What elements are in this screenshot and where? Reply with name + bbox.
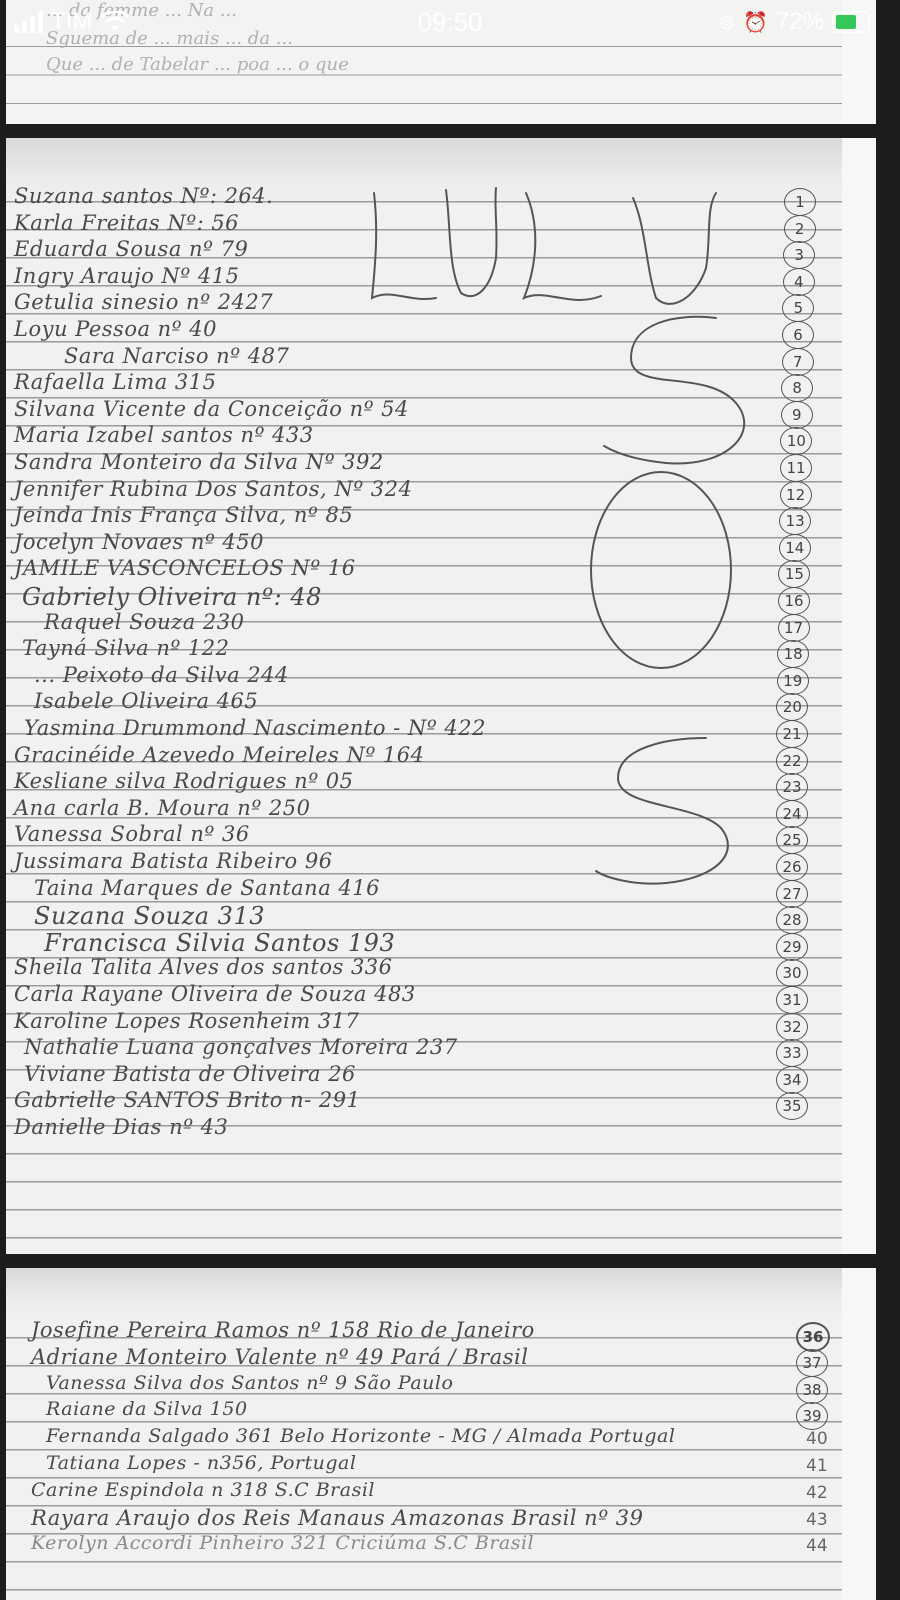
list-item: Suzana santos Nº: 264. (14, 184, 273, 208)
list-item: Jeinda Inis França Silva, nº 85 (14, 503, 353, 527)
entry-number-badge: 27 (776, 880, 808, 908)
entry-number-badge: 32 (776, 1013, 808, 1041)
list-item: Kesliane silva Rodrigues nº 05 (14, 769, 353, 793)
entry-number-badge: 24 (776, 800, 808, 828)
entry-number-badge: 14 (779, 534, 811, 562)
list-item: Viviane Batista de Oliveira 26 (24, 1062, 356, 1086)
entry-number-badge: 17 (778, 614, 810, 642)
status-bar: TIM 09:50 ⊚ ⏰ 72% (0, 0, 900, 44)
photo-2[interactable]: Suzana santos Nº: 264.1Karla Freitas Nº:… (6, 138, 876, 1254)
list-item: Getulia sinesio nº 2427 (14, 290, 273, 314)
status-right: ⊚ ⏰ 72% (718, 8, 870, 36)
list-item: Francisca Silvia Santos 193 (44, 929, 395, 957)
entry-number-badge: 1 (784, 188, 816, 216)
paper-edge (842, 138, 876, 1254)
list-item: Jussimara Batista Ribeiro 96 (14, 849, 333, 873)
entry-number-badge: 12 (780, 481, 812, 509)
entry-number-badge: 41 (806, 1456, 828, 1476)
list-item: Yasmina Drummond Nascimento - Nº 422 (24, 716, 486, 740)
entry-number-badge: 22 (776, 747, 808, 775)
list-item: Nathalie Luana gonçalves Moreira 237 (24, 1035, 458, 1059)
list-item: Taina Marques de Santana 416 (34, 876, 380, 900)
entry-number-badge: 34 (776, 1066, 808, 1094)
entry-number-badge: 28 (776, 906, 808, 934)
entry-number-badge: 2 (784, 215, 816, 243)
battery-charging-icon (832, 11, 870, 33)
paper-fold (6, 1268, 876, 1318)
photo-3[interactable]: Josefine Pereira Ramos nº 158 Rio de Jan… (6, 1268, 876, 1600)
list-item: Ingry Araujo Nº 415 (14, 264, 239, 288)
list-item: Carla Rayane Oliveira de Souza 483 (14, 982, 416, 1006)
list-item: Isabele Oliveira 465 (34, 689, 258, 713)
list-item: Karla Freitas Nº: 56 (14, 211, 239, 235)
faint-line: Que ... de Tabelar ... poa ... o que (46, 54, 349, 75)
list-item: Rayara Araujo dos Reis Manaus Amazonas B… (31, 1506, 643, 1530)
entry-number-badge: 9 (781, 401, 813, 429)
alarm-icon: ⏰ (743, 10, 768, 35)
list-item: Jocelyn Novaes nº 450 (14, 530, 264, 554)
entry-number-badge: 16 (778, 587, 810, 615)
list-item: Gabrielle SANTOS Brito n- 291 (14, 1088, 361, 1112)
list-item: Sheila Talita Alves dos santos 336 (14, 955, 393, 979)
list-item: Kerolyn Accordi Pinheiro 321 Criciúma S.… (31, 1532, 534, 1554)
entry-number-badge: 42 (806, 1483, 828, 1503)
list-item: Suzana Souza 313 (34, 902, 265, 930)
list-item: Carine Espindola n 318 S.C Brasil (31, 1479, 375, 1501)
list-item: Gabriely Oliveira nº: 48 (22, 583, 322, 611)
entry-number-badge: 37 (796, 1349, 828, 1377)
list-item: Danielle Dias nº 43 (14, 1115, 228, 1139)
entry-number-badge: 26 (776, 853, 808, 881)
battery-percent: 72% (776, 8, 824, 36)
entry-number-badge: 11 (780, 454, 812, 482)
entry-number-badge: 4 (783, 268, 815, 296)
entry-number-badge: 23 (776, 773, 808, 801)
list-item: Karoline Lopes Rosenheim 317 (14, 1009, 359, 1033)
list-item: Eduarda Sousa nº 79 (14, 237, 248, 261)
entry-number-badge: 36 (796, 1322, 830, 1352)
list-item: Raquel Souza 230 (44, 610, 245, 634)
battery-fill (836, 15, 856, 29)
paper-edge (842, 1268, 876, 1600)
entry-number-badge: 29 (776, 933, 808, 961)
entry-number-badge: 33 (776, 1039, 808, 1067)
list-item: Gracinéide Azevedo Meireles Nº 164 (14, 743, 424, 767)
list-item: Jennifer Rubina Dos Santos, Nº 324 (14, 477, 412, 501)
list-item: Vanessa Sobral nº 36 (14, 822, 250, 846)
list-item: Tayná Silva nº 122 (22, 636, 230, 660)
entry-number-badge: 21 (776, 720, 808, 748)
entry-number-badge: 31 (776, 986, 808, 1014)
entry-number-badge: 43 (806, 1510, 828, 1530)
entry-number-badge: 44 (806, 1536, 828, 1556)
list-item: Rafaella Lima 315 (14, 370, 217, 394)
list-item: JAMILE VASCONCELOS Nº 16 (14, 556, 356, 580)
rotation-lock-icon: ⊚ (718, 10, 735, 35)
list-item: Loyu Pessoa nº 40 (14, 317, 217, 341)
entry-number-badge: 6 (782, 321, 814, 349)
list-item: Maria Izabel santos nº 433 (14, 423, 314, 447)
list-item: Sara Narciso nº 487 (64, 344, 289, 368)
list-item: Fernanda Salgado 361 Belo Horizonte - MG… (46, 1425, 675, 1447)
list-item: Tatiana Lopes - n356, Portugal (46, 1452, 356, 1474)
list-item: Raiane da Silva 150 (46, 1398, 248, 1420)
list-item: Adriane Monteiro Valente nº 49 Pará / Br… (31, 1345, 528, 1369)
entry-number-badge: 40 (806, 1429, 828, 1449)
list-item: Silvana Vicente da Conceição nº 54 (14, 397, 409, 421)
list-item: Ana carla B. Moura nº 250 (14, 796, 310, 820)
list-item: Vanessa Silva dos Santos nº 9 São Paulo (46, 1372, 453, 1394)
entry-number-badge: 19 (777, 667, 809, 695)
list-item: Sandra Monteiro da Silva Nº 392 (14, 450, 384, 474)
list-item: ... Peixoto da Silva 244 (34, 663, 289, 687)
entry-number-badge: 7 (782, 348, 814, 376)
entry-number-badge: 38 (796, 1376, 828, 1404)
list-item: Josefine Pereira Ramos nº 158 Rio de Jan… (31, 1318, 535, 1342)
